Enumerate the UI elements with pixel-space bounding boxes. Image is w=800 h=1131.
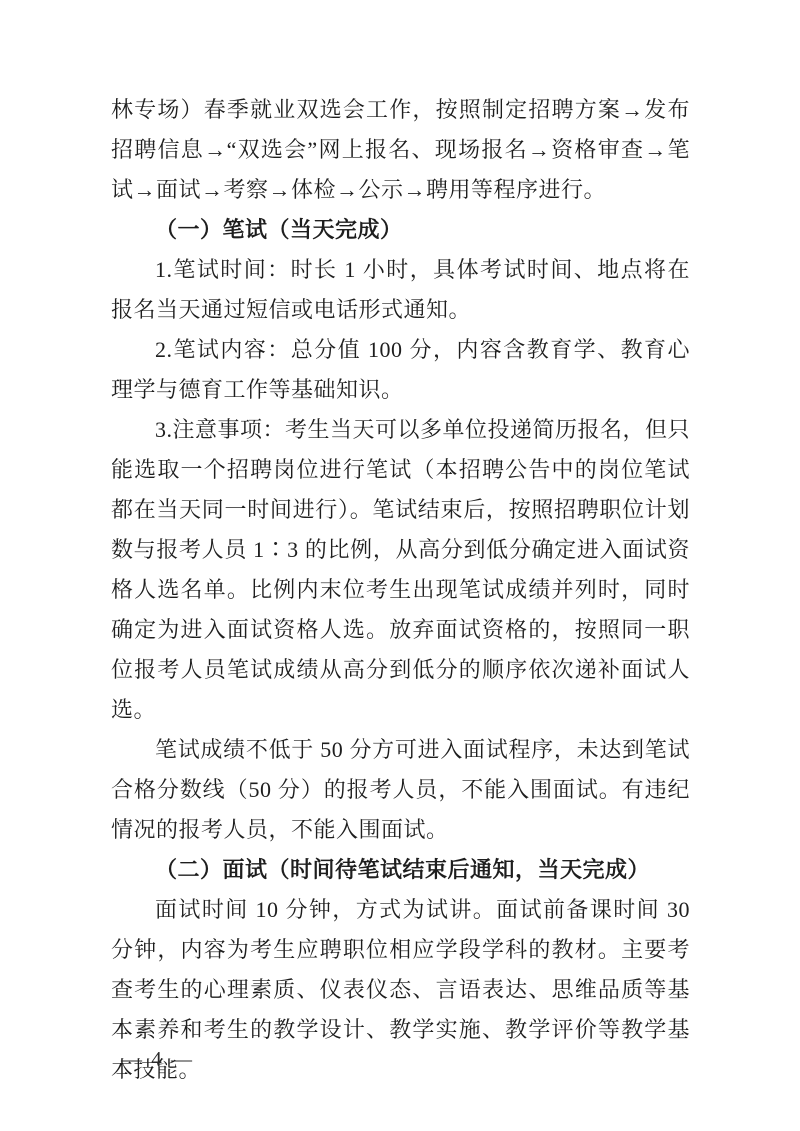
paragraph-written-test-content: 2.笔试内容：总分值 100 分，内容含教育学、教育心理学与德育工作等基础知识。	[111, 330, 690, 410]
paragraph-written-test-passing-score: 笔试成绩不低于 50 分方可进入面试程序，未达到笔试合格分数线（50 分）的报考…	[111, 730, 690, 850]
paragraph-interview-details: 面试时间 10 分钟，方式为试讲。面试前备课时间 30 分钟，内容为考生应聘职位…	[111, 890, 690, 1090]
document-page: 林专场）春季就业双选会工作，按照制定招聘方案→发布招聘信息→“双选会”网上报名、…	[0, 0, 800, 1131]
section-heading-written-test: （一）笔试（当天完成）	[111, 210, 690, 250]
paragraph-written-test-time: 1.笔试时间：时长 1 小时，具体考试时间、地点将在报名当天通过短信或电话形式通…	[111, 250, 690, 330]
page-number: — 4 —	[121, 1045, 194, 1073]
paragraph-recruitment-procedure: 林专场）春季就业双选会工作，按照制定招聘方案→发布招聘信息→“双选会”网上报名、…	[111, 90, 690, 210]
document-body: 林专场）春季就业双选会工作，按照制定招聘方案→发布招聘信息→“双选会”网上报名、…	[111, 90, 690, 1090]
paragraph-written-test-notes: 3.注意事项：考生当天可以多单位投递简历报名，但只能选取一个招聘岗位进行笔试（本…	[111, 410, 690, 730]
section-heading-interview: （二）面试（时间待笔试结束后通知，当天完成）	[111, 850, 690, 890]
